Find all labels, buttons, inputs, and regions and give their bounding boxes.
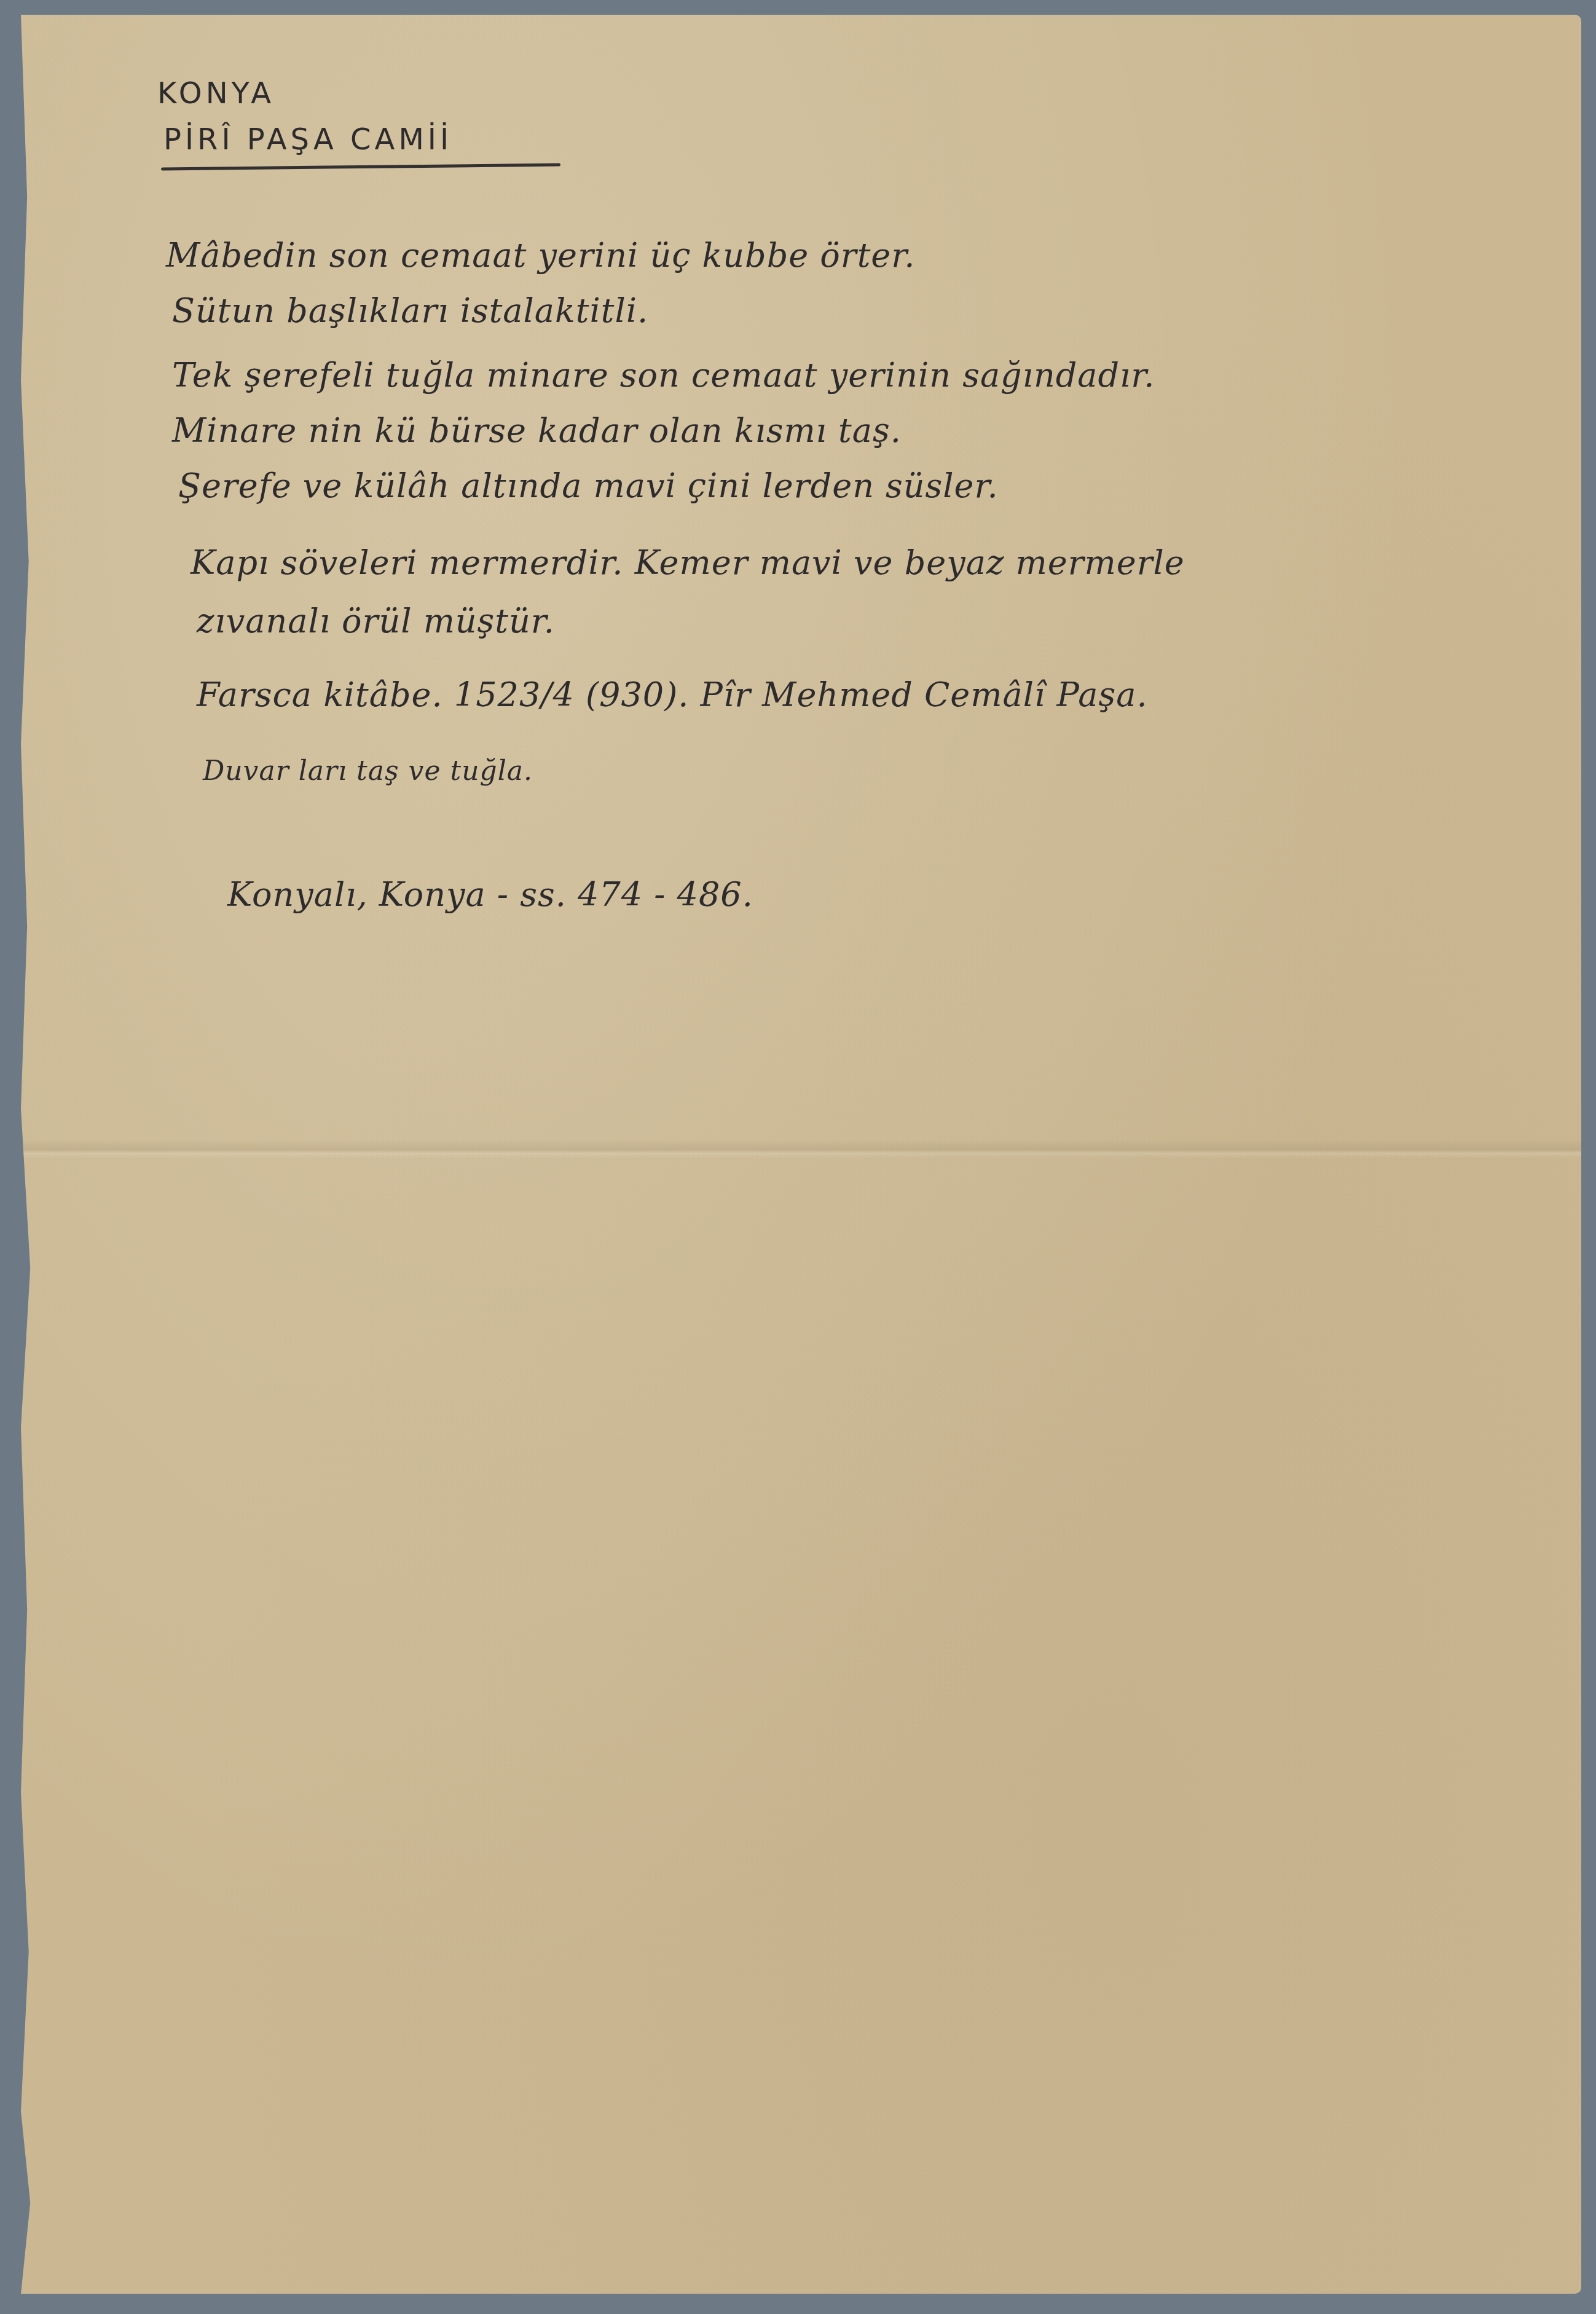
note-line-8: Farsca kitâbe. 1523/4 (930). Pîr Mehmed … (197, 675, 1148, 714)
note-line-4: Minare nin kü bürse kadar olan kısmı taş… (172, 411, 902, 450)
note-line-1: Mâbedin son cemaat yerini üç kubbe örter… (166, 236, 915, 275)
page-title: PİRÎ PAŞA CAMİİ (163, 122, 452, 157)
note-line-5: Şerefe ve külâh altında mavi çini lerden… (178, 466, 999, 505)
bibliographic-reference: Konyalı, Konya - ss. 474 - 486. (227, 875, 753, 914)
note-line-2: Sütun başlıkları istalaktitli. (172, 291, 648, 330)
note-line-7: zıvanalı örül müştür. (197, 602, 555, 640)
city-heading: KONYA (157, 76, 275, 111)
handwritten-note-sheet: KONYA PİRÎ PAŞA CAMİİ Mâbedin son cemaat… (21, 15, 1581, 2294)
note-line-6: Kapı söveleri mermerdir. Kemer mavi ve b… (191, 543, 1185, 582)
title-underline (161, 163, 560, 171)
note-line-9: Duvar ları taş ve tuğla. (203, 755, 533, 787)
note-line-3: Tek şerefeli tuğla minare son cemaat yer… (172, 356, 1155, 395)
paper-fold-crease (21, 1139, 1581, 1158)
